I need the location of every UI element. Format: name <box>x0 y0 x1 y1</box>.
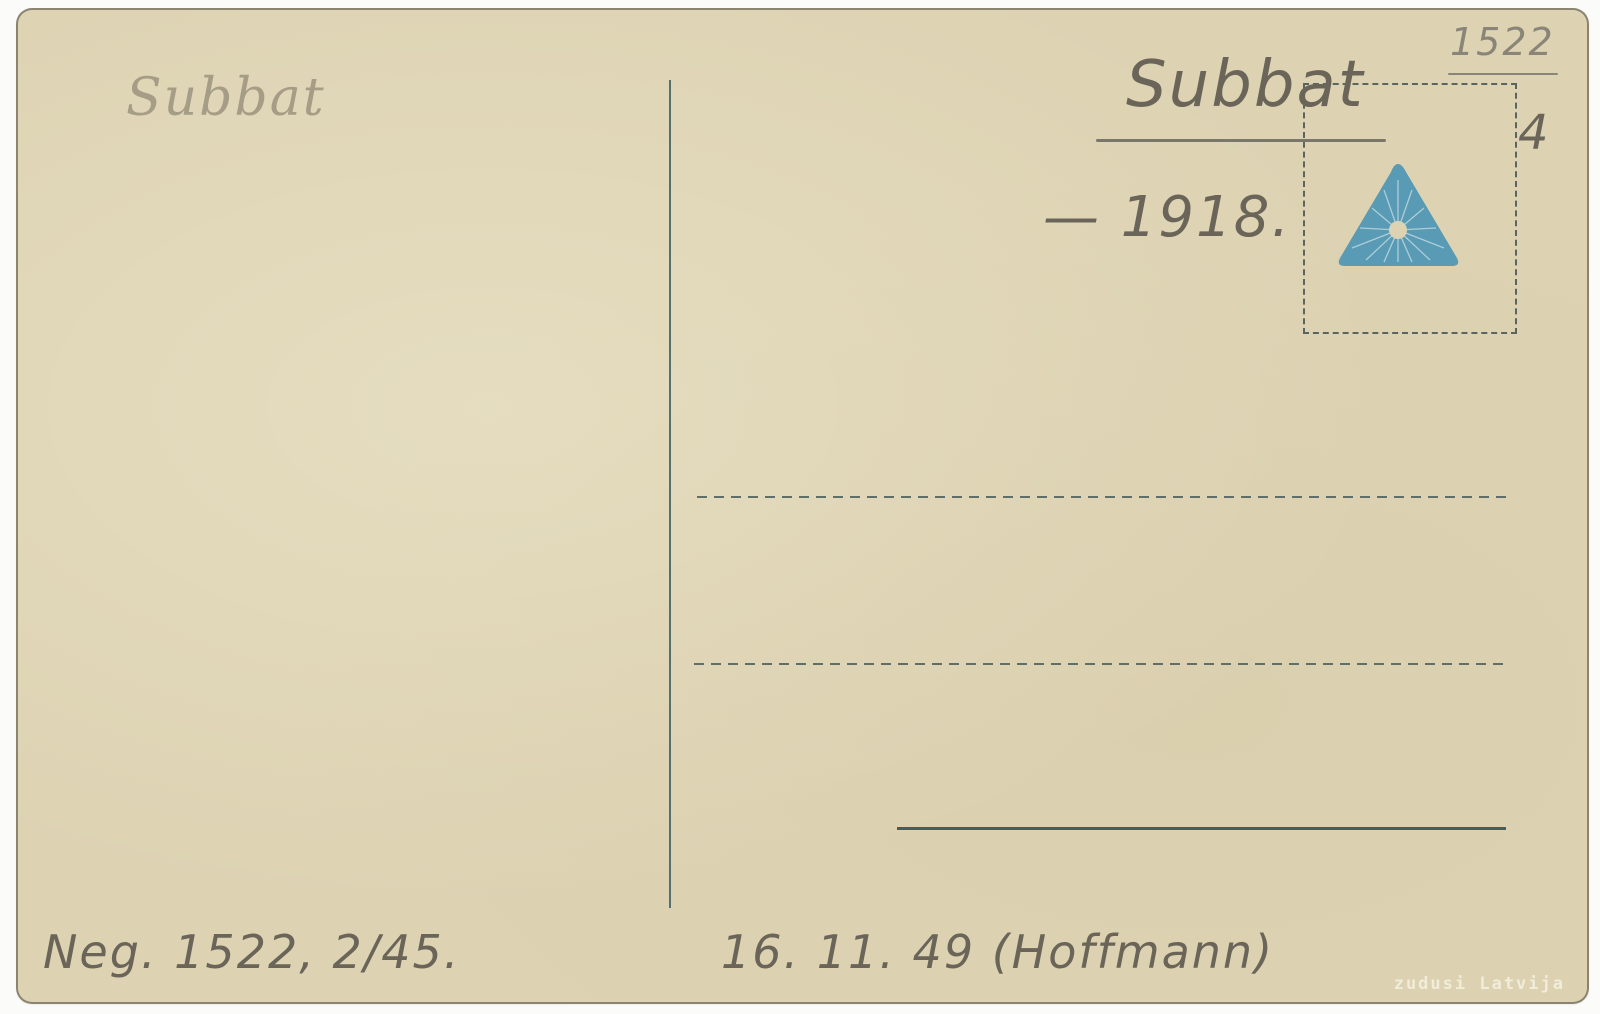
handwritten-year: — 1918. <box>1043 185 1291 250</box>
number-underline <box>1448 73 1558 75</box>
date-note: 16. 11. 49 (Hoffmann) <box>721 925 1274 979</box>
title-underline <box>1096 139 1386 142</box>
triangle-sunburst-stamp-icon <box>1336 162 1461 270</box>
address-line-3 <box>897 827 1506 830</box>
handwritten-side-number: 4 <box>1518 105 1551 161</box>
pencil-note-top-left: Subbat <box>126 68 326 128</box>
center-divider-line <box>669 80 671 908</box>
watermark: zudusi Latvija <box>1394 974 1565 994</box>
address-line-2 <box>694 663 1507 665</box>
handwritten-number-top-right: 1522 <box>1450 20 1555 64</box>
handwritten-title: Subbat <box>1126 48 1365 122</box>
negative-reference: Neg. 1522, 2/45. <box>43 925 460 979</box>
postcard-back: Subbat Subbat — 1918. 1522 4 Neg. 1522, … <box>18 10 1587 1002</box>
address-line-1 <box>697 496 1507 498</box>
